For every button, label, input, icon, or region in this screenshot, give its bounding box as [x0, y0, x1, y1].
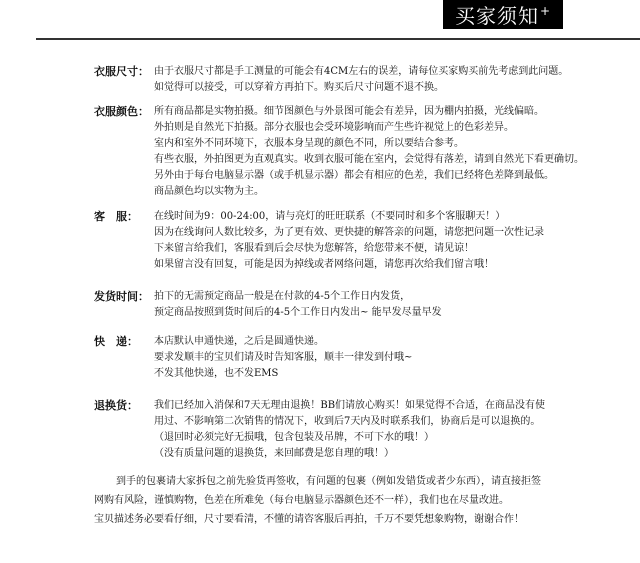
section-line: 本店默认申通快递，之后是圆通快递。: [154, 334, 412, 350]
page-title: 买家须知+: [443, 0, 563, 29]
section-line: 用过、不影响第二次销售的情况下，收到后7天内及时联系我们，协商后是可以退换的。: [154, 414, 545, 430]
section-courier: 快 递： 本店默认申通快递，之后是圆通快递。 要求发顺丰的宝贝们请及时告知客服，…: [94, 334, 412, 382]
section-label: 衣服颜色：: [94, 104, 154, 120]
section-returns: 退换货： 我们已经加入消保和7天无理由退换！BB们请放心购买！如果觉得不合适，在…: [94, 398, 545, 462]
section-customer-service: 客 服： 在线时间为9：00-24:00，请与亮灯的旺旺联系（不要同时和多个客服…: [94, 209, 544, 273]
section-line: 室内和室外不同环境下，衣服本身呈现的颜色不同，所以要结合参考。: [154, 136, 584, 152]
section-line: （没有质量问题的退换货，来回邮费是您自理的哦！）: [154, 446, 545, 462]
section-label: 发货时间：: [94, 289, 154, 305]
footer-line: 网购有风险，谨慎购物，色差在所难免（每台电脑显示器颜色还不一样），我们也在尽量改…: [94, 491, 541, 510]
section-label: 客 服：: [94, 209, 154, 225]
footer-line: 到手的包裹请大家拆包之前先验货再签收，有问题的包裹（例如发错货或者少东西），请直…: [94, 472, 541, 491]
footer-notes: 到手的包裹请大家拆包之前先验货再签收，有问题的包裹（例如发错货或者少东西），请直…: [94, 472, 541, 529]
section-line: 我们已经加入消保和7天无理由退换！BB们请放心购买！如果觉得不合适，在商品没有使: [154, 398, 545, 414]
section-line: 拍下的无需预定商品一般是在付款的4-5个工作日内发货，: [154, 289, 442, 305]
section-line: 不发其他快递，也不发EMS: [154, 366, 412, 382]
section-line: 预定商品按照到货时间后的4-5个工作日内发出~ 能早发尽量早发: [154, 305, 442, 321]
section-line: 因为在线询问人数比较多，为了更有效、更快捷的解答亲的问题，请您把问题一次性记录: [154, 225, 544, 241]
section-line: 在线时间为9：00-24:00，请与亮灯的旺旺联系（不要同时和多个客服聊天！）: [154, 209, 544, 225]
section-line: 有些衣服，外拍图更为直观真实。收到衣服可能在室内，会觉得有落差，请到自然光下看更…: [154, 152, 584, 168]
footer-line: 宝贝描述务必要看仔细，尺寸要看清，不懂的请咨客服后再拍，千万不要凭想象购物，谢谢…: [94, 510, 541, 529]
section-line: 下来留言给我们，客服看到后会尽快为您解答，给您带来不便，请见谅！: [154, 241, 544, 257]
section-shipping-time: 发货时间： 拍下的无需预定商品一般是在付款的4-5个工作日内发货， 预定商品按照…: [94, 289, 442, 321]
section-label: 衣服尺寸：: [94, 64, 154, 80]
header-divider: [36, 38, 640, 40]
section-line: 如果留言没有回复，可能是因为掉线或者网络问题，请您再次给我们留言哦！: [154, 257, 544, 273]
section-label: 快 递：: [94, 334, 154, 350]
section-line: 所有商品都是实物拍摄。细节图颜色与外景图可能会有差异，因为棚内拍摄，光线偏暗。: [154, 104, 584, 120]
section-label: 退换货：: [94, 398, 154, 414]
plus-mark: +: [540, 4, 551, 18]
section-line: 商品颜色均以实物为主。: [154, 184, 584, 200]
section-line: （退回时必须完好无损哦，包含包装及吊牌，不可下水的哦！）: [154, 430, 545, 446]
section-line: 另外由于每台电脑显示器（或手机显示器）都会有相应的色差，我们已经将色差降到最低。: [154, 168, 584, 184]
section-line: 要求发顺丰的宝贝们请及时告知客服，顺丰一律发到付哦~: [154, 350, 412, 366]
section-size: 衣服尺寸： 由于衣服尺寸都是手工测量的可能会有4CM左右的误差，请每位买家购买前…: [94, 64, 568, 96]
page-title-text: 买家须知: [455, 0, 539, 29]
section-color: 衣服颜色： 所有商品都是实物拍摄。细节图颜色与外景图可能会有差异，因为棚内拍摄，…: [94, 104, 584, 200]
section-line: 由于衣服尺寸都是手工测量的可能会有4CM左右的误差，请每位买家购买前先考虑到此问…: [154, 64, 568, 80]
section-line: 如觉得可以接受，可以穿着方再拍下。购买后尺寸问题不退不换。: [154, 80, 568, 96]
section-line: 外拍则是自然光下拍摄。部分衣服也会受环境影响而产生些许视觉上的色彩差异。: [154, 120, 584, 136]
